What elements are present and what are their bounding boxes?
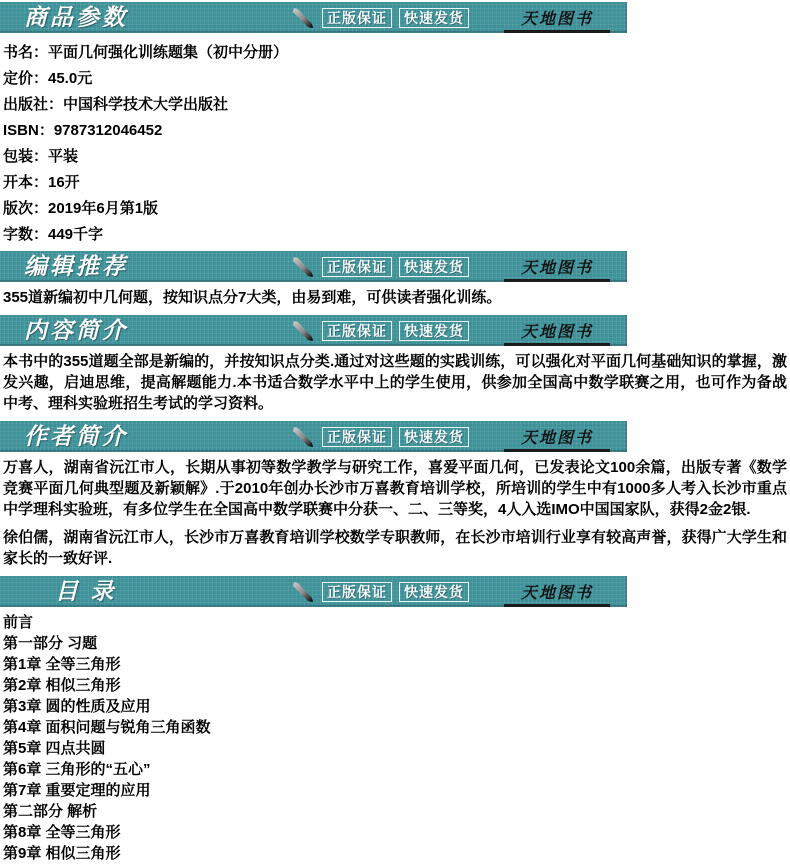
section-title-author: 作者简介 — [24, 425, 128, 448]
section-title-editor: 编辑推荐 — [24, 255, 128, 278]
toc-item-ch4: 第4章 面积问题与锐角三角函数 — [3, 717, 790, 738]
genuine-guarantee-badge: 正版保证 — [322, 321, 392, 341]
bookstore-logo-text: 天地图书 — [521, 260, 593, 277]
section-banner-content: 内容简介 正版保证 快速发货 天地图书 — [0, 315, 627, 346]
fast-shipping-badge: 快速发货 — [399, 582, 469, 602]
section-banner-editor: 编辑推荐 正版保证 快速发货 天地图书 — [0, 251, 627, 282]
section-banner-params: 商品参数 正版保证 快速发货 天地图书 — [0, 2, 627, 33]
param-edition: 版次：2019年6月第1版 — [3, 196, 790, 222]
fast-shipping-badge: 快速发货 — [399, 8, 469, 28]
table-of-contents-list: 前言 第一部分 习题 第1章 全等三角形 第2章 相似三角形 第3章 圆的性质及… — [0, 612, 790, 864]
banner-decorations: 正版保证 快速发货 — [291, 251, 469, 282]
bookstore-logo: 天地图书 — [504, 6, 610, 33]
param-word-count: 字数：449千字 — [3, 222, 790, 248]
pen-icon — [291, 255, 315, 279]
genuine-guarantee-badge: 正版保证 — [322, 8, 392, 28]
product-description-page: 商品参数 正版保证 快速发货 天地图书 书名：平面几何强化训练题集（初中分册） … — [0, 2, 790, 864]
section-title-params: 商品参数 — [24, 6, 128, 29]
bookstore-logo-text: 天地图书 — [521, 430, 593, 447]
section-banner-toc: 目 录 正版保证 快速发货 天地图书 — [0, 576, 627, 607]
section-banner-author: 作者简介 正版保证 快速发货 天地图书 — [0, 421, 627, 452]
banner-decorations: 正版保证 快速发货 — [291, 576, 469, 607]
banner-decorations: 正版保证 快速发货 — [291, 315, 469, 346]
bookstore-logo: 天地图书 — [504, 580, 610, 607]
bookstore-logo: 天地图书 — [504, 319, 610, 346]
pen-icon — [291, 580, 315, 604]
pen-icon — [291, 6, 315, 30]
pen-icon — [291, 319, 315, 343]
section-title-toc: 目 录 — [55, 580, 116, 603]
bookstore-logo: 天地图书 — [504, 425, 610, 452]
toc-item-ch9: 第9章 相似三角形 — [3, 843, 790, 864]
toc-item-ch7: 第7章 重要定理的应用 — [3, 780, 790, 801]
param-binding: 包装：平装 — [3, 144, 790, 170]
bookstore-logo-text: 天地图书 — [521, 585, 593, 602]
editor-recommendation-text: 355道新编初中几何题，按知识点分7大类，由易到难，可供读者强化训练。 — [0, 287, 790, 308]
param-price: 定价：45.0元 — [3, 66, 790, 92]
section-title-content: 内容简介 — [24, 319, 128, 342]
content-summary-text: 本书中的355道题全部是新编的，并按知识点分类.通过对这些题的实践训练，可以强化… — [0, 351, 790, 414]
param-book-title: 书名：平面几何强化训练题集（初中分册） — [3, 40, 790, 66]
param-format: 开本：16开 — [3, 170, 790, 196]
genuine-guarantee-badge: 正版保证 — [322, 582, 392, 602]
genuine-guarantee-badge: 正版保证 — [322, 427, 392, 447]
toc-item-ch1: 第1章 全等三角形 — [3, 654, 790, 675]
product-params-list: 书名：平面几何强化训练题集（初中分册） 定价：45.0元 出版社：中国科学技术大… — [0, 40, 790, 248]
param-publisher: 出版社：中国科学技术大学出版社 — [3, 92, 790, 118]
toc-item-ch6: 第6章 三角形的“五心” — [3, 759, 790, 780]
fast-shipping-badge: 快速发货 — [399, 257, 469, 277]
author-bio-paragraph-1: 万喜人，湖南省沅江市人，长期从事初等数学教学与研究工作，喜爱平面几何，已发表论文… — [0, 457, 790, 520]
author-bio-paragraph-2: 徐伯儒，湖南省沅江市人，长沙市万喜教育培训学校数学专职教师，在长沙市培训行业享有… — [0, 527, 790, 569]
bookstore-logo-text: 天地图书 — [521, 324, 593, 341]
bookstore-logo-text: 天地图书 — [521, 11, 593, 28]
toc-item-part1: 第一部分 习题 — [3, 633, 790, 654]
genuine-guarantee-badge: 正版保证 — [322, 257, 392, 277]
toc-item-preface: 前言 — [3, 612, 790, 633]
bookstore-logo: 天地图书 — [504, 255, 610, 282]
fast-shipping-badge: 快速发货 — [399, 321, 469, 341]
pen-icon — [291, 425, 315, 449]
toc-item-part2: 第二部分 解析 — [3, 801, 790, 822]
toc-item-ch2: 第2章 相似三角形 — [3, 675, 790, 696]
toc-item-ch5: 第5章 四点共圆 — [3, 738, 790, 759]
fast-shipping-badge: 快速发货 — [399, 427, 469, 447]
toc-item-ch3: 第3章 圆的性质及应用 — [3, 696, 790, 717]
banner-decorations: 正版保证 快速发货 — [291, 2, 469, 33]
banner-decorations: 正版保证 快速发货 — [291, 421, 469, 452]
param-isbn: ISBN：9787312046452 — [3, 118, 790, 144]
